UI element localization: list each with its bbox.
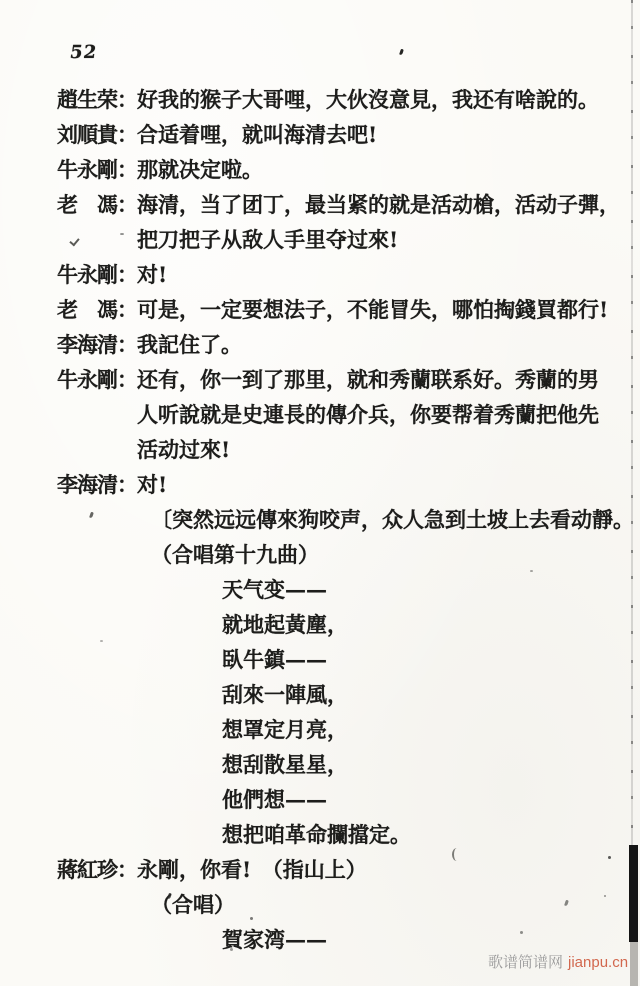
dialogue-line: 李海清：我記住了。 [57,327,617,362]
stage-direction-text: （合唱第十九曲） [151,542,319,567]
dialogue-line: 老 馮：海清，当了团丁，最当紧的就是活动槍，活动子彈， [57,187,617,222]
dialogue-line: 趙生荣：好我的猴子大哥哩，大伙沒意見，我还有啥說的。 [57,82,617,117]
ink-speckle [250,917,253,920]
song-lyric-text: 刮來一陣風， [222,682,348,707]
song-lyric-text: 想罩定月亮， [222,717,348,742]
dialogue-continuation-line: 活动过來! [57,432,617,467]
speaker-name: 蔣紅珍： [57,852,137,887]
scanned-script-page: 52 趙生荣：好我的猴子大哥哩，大伙沒意見，我还有啥說的。 刘順貴：合适着哩，就… [0,0,640,986]
dialogue-text: 对! [137,472,167,497]
stage-direction-line: （合唱第十九曲） [57,537,617,572]
song-lyric-text: 臥牛鎮—— [222,647,327,672]
stage-direction-line: 〔突然远远傳來狗咬声，众人急到土坡上去看动靜。 [57,502,617,537]
stage-direction-line: （合唱） [57,887,617,922]
song-lyric-line: 想刮散星星， [57,747,617,782]
song-lyric-line: 想罩定月亮， [57,712,617,747]
dialogue-line: 牛永剛：还有，你一到了那里，就和秀蘭联系好。秀蘭的男 [57,362,617,397]
song-lyric-text: 就地起黃塵， [222,612,348,637]
ink-speckle [520,931,523,934]
song-lyric-line: 他們想—— [57,782,617,817]
watermark-site-url: jianpu.cn [568,954,628,971]
song-lyric-text: 他們想—— [222,787,327,812]
dialogue-line: 蔣紅珍：永剛，你看! （指山上） [57,852,617,887]
page-number: 52 [69,42,99,63]
stage-direction-text: 〔突然远远傳來狗咬声，众人急到土坡上去看动靜。 [151,507,634,532]
song-lyric-text: 天气变—— [222,577,327,602]
dialogue-text: 把刀把子从敌人手里夺过來! [137,227,398,252]
speaker-name: 李海清： [57,467,137,502]
song-lyric-line: 刮來一陣風， [57,677,617,712]
speaker-name: 趙生荣： [57,82,137,117]
ink-speckle [230,948,233,951]
ink-speckle [120,233,124,235]
dialogue-line: 刘順貴：合适着哩，就叫海清去吧! [57,117,617,152]
ink-speckle [399,49,404,56]
scan-edge-shadow [629,845,638,942]
speaker-name: 牛永剛： [57,362,137,397]
song-lyric-text: 想刮散星星， [222,752,348,777]
dialogue-line: 老 馮：可是，一定要想法子，不能冒失，哪怕掏錢買都行! [57,292,617,327]
dialogue-text: 那就决定啦。 [137,157,263,182]
speaker-name: 李海清： [57,327,137,362]
song-lyric-line: 想把咱革命攔擋定。 [57,817,617,852]
script-text-block: 趙生荣：好我的猴子大哥哩，大伙沒意見，我还有啥說的。 刘順貴：合适着哩，就叫海清… [57,82,617,957]
song-lyric-text: 想把咱革命攔擋定。 [222,822,411,847]
dialogue-text: 海清，当了团丁，最当紧的就是活动槍，活动子彈， [137,192,620,217]
ink-speckle [604,895,606,897]
ink-speckle [452,848,460,861]
dialogue-text: 还有，你一到了那里，就和秀蘭联系好。秀蘭的男 [137,367,599,392]
dialogue-text: 活动过來! [137,437,230,462]
dialogue-text: 我記住了。 [137,332,242,357]
dialogue-text: 可是，一定要想法子，不能冒失，哪怕掏錢買都行! [137,297,608,322]
dialogue-continuation-line: 把刀把子从敌人手里夺过來! [57,222,617,257]
speaker-name: 老 馮： [57,292,137,327]
dialogue-text: 好我的猴子大哥哩，大伙沒意見，我还有啥說的。 [137,87,599,112]
dialogue-text: 永剛，你看! （指山上） [137,857,367,882]
ink-speckle [608,856,611,859]
watermark: 歌谱简谱网jianpu.cn [488,951,628,972]
scan-edge-gray [630,942,638,986]
song-lyric-line: 臥牛鎮—— [57,642,617,677]
ink-speckle [530,570,533,572]
speaker-name: 牛永剛： [57,257,137,292]
speaker-name: 刘順貴： [57,117,137,152]
speaker-name: 牛永剛： [57,152,137,187]
dialogue-text: 合适着哩，就叫海清去吧! [137,122,377,147]
watermark-site-name: 歌谱简谱网 [488,954,563,971]
dialogue-line: 牛永剛：对! [57,257,617,292]
dialogue-text: 人听說就是史連長的傳介兵，你要帮着秀蘭把他先 [137,402,599,427]
song-lyric-text: 賀家湾—— [222,927,327,952]
song-lyric-line: 就地起黃塵， [57,607,617,642]
dialogue-text: 对! [137,262,167,287]
dialogue-continuation-line: 人听說就是史連長的傳介兵，你要帮着秀蘭把他先 [57,397,617,432]
scan-edge-line [631,0,633,986]
dialogue-line: 李海清：对! [57,467,617,502]
song-lyric-line: 天气变—— [57,572,617,607]
stage-direction-text: （合唱） [151,892,235,917]
dialogue-line: 牛永剛：那就决定啦。 [57,152,617,187]
speaker-name: 老 馮： [57,187,137,222]
ink-speckle [100,640,103,642]
